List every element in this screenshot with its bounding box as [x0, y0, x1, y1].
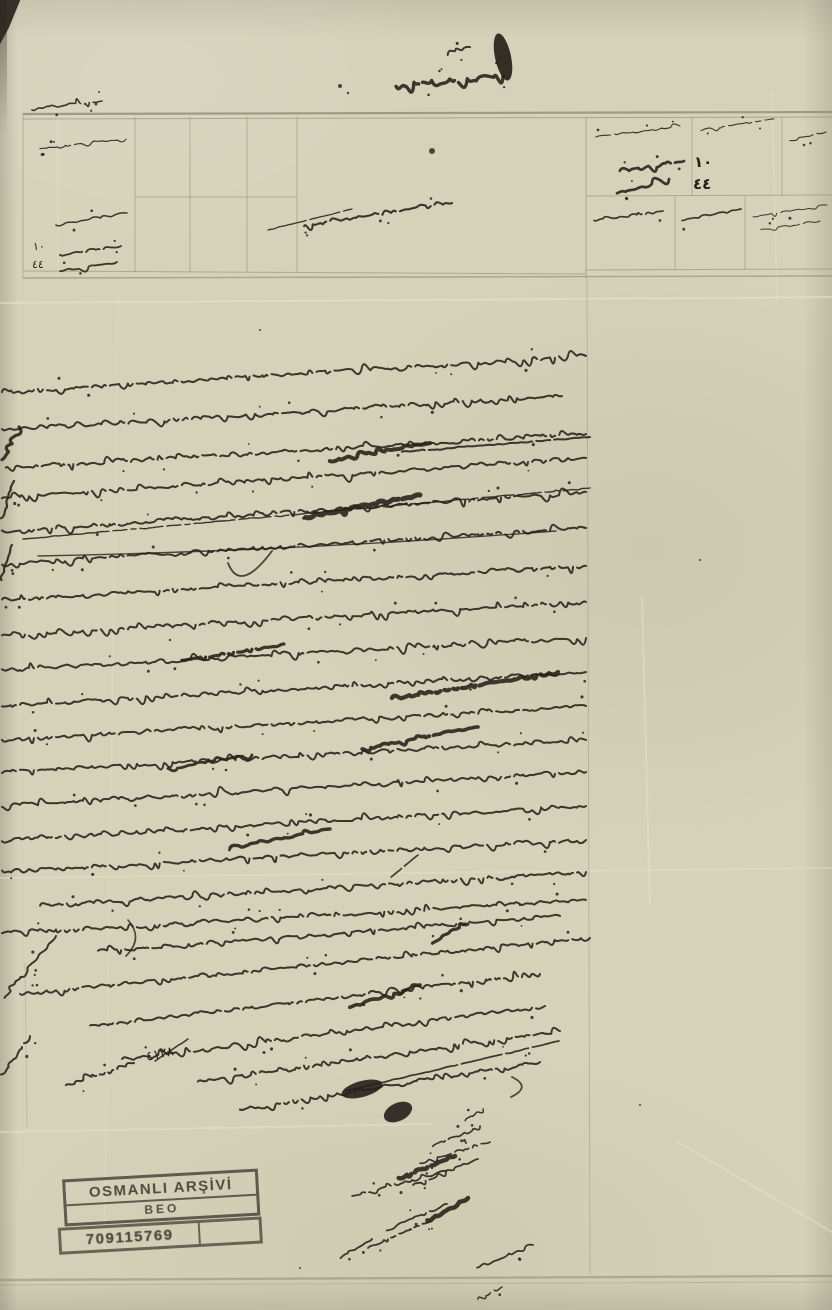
table-value-date-line2-number: ٤٤	[32, 259, 44, 270]
document-page: ١٠ ٤٤ ١٠ ٤٤ ٤١٢٨ OSMANLI ARŞİVİ BEO 7091…	[0, 0, 832, 1310]
manuscript-ink-layer	[0, 0, 832, 1310]
table-value-arrival-date-day: ١٠	[694, 155, 712, 170]
stamp-number-box-tail	[197, 1220, 259, 1244]
scan-edge-smear	[0, 0, 7, 135]
table-value-date-line1-number: ١٠	[33, 241, 45, 252]
table-value-arrival-date-year: ٤٤	[693, 177, 711, 192]
stamp-register-number: 709115769	[61, 1225, 198, 1250]
archive-stamp: OSMANLI ARŞİVİ BEO 709115769	[62, 1169, 262, 1255]
